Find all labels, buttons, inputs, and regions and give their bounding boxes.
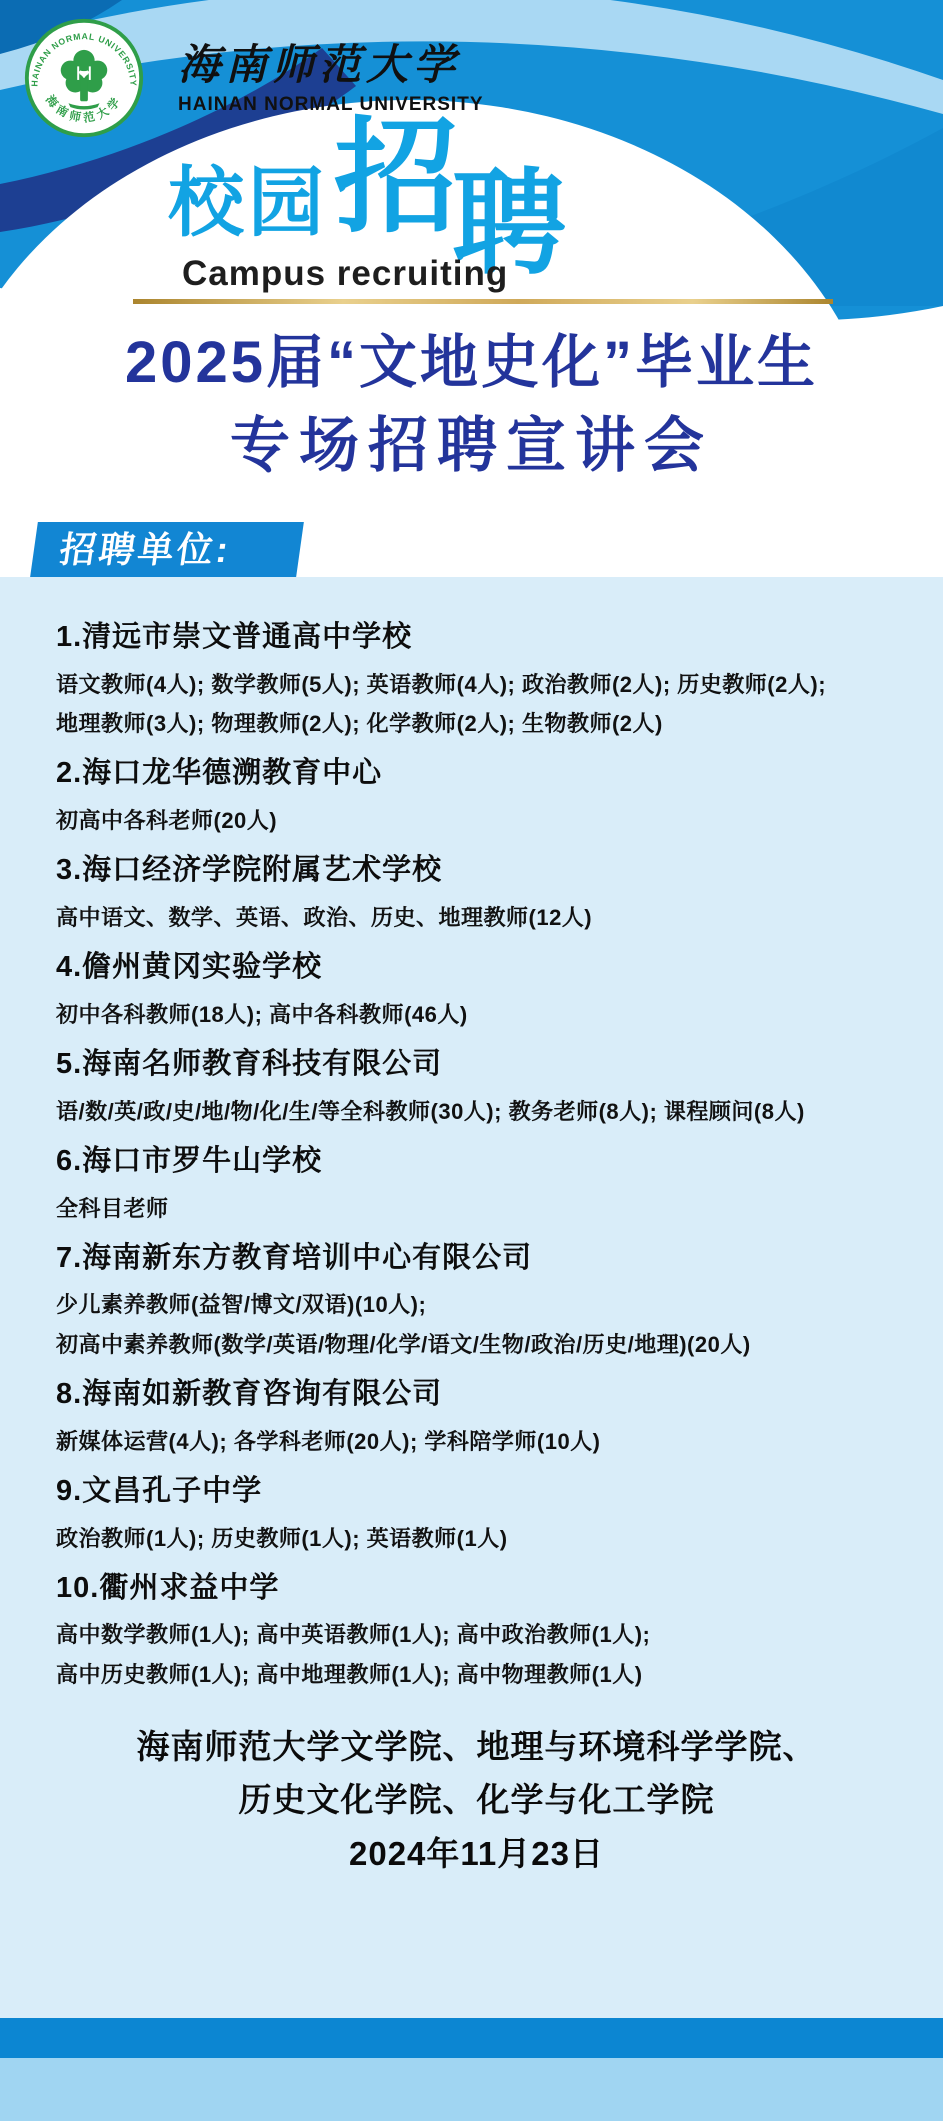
employer-name: 5.海南名师教育科技有限公司 (56, 1046, 897, 1084)
employer-name: 3.海口经济学院附属艺术学校 (56, 852, 897, 890)
footer-light-bar (0, 2058, 943, 2121)
employer-item: 8.海南如新教育咨询有限公司 新媒体运营(4人); 各学科老师(20人); 学科… (56, 1376, 897, 1457)
host-colleges-line1: 海南师范大学文学院、地理与环境科学学院、 (56, 1720, 897, 1773)
employer-name: 6.海口市罗牛山学校 (56, 1143, 897, 1181)
university-seal-icon: HAINAN NORMAL UNIVERSITY 海南师范大学 (22, 16, 146, 140)
employer-name: 7.海南新东方教育培训中心有限公司 (56, 1240, 897, 1278)
event-date: 2024年11月23日 (56, 1827, 897, 1880)
employer-positions-line: 高中数学教师(1人); 高中英语教师(1人); 高中政治教师(1人); (56, 1619, 897, 1650)
employer-item: 4.儋州黄冈实验学校 初中各科教师(18人); 高中各科教师(46人) (56, 949, 897, 1030)
employer-positions-line: 初高中素养教师(数学/英语/物理/化学/语文/生物/政治/历史/地理)(20人) (56, 1329, 897, 1360)
employer-name: 1.清远市崇文普通高中学校 (56, 619, 897, 657)
employer-list: 1.清远市崇文普通高中学校 语文教师(4人); 数学教师(5人); 英语教师(4… (56, 619, 897, 1690)
gold-divider (133, 299, 833, 304)
host-colleges-line2: 历史文化学院、化学与化工学院 (56, 1773, 897, 1826)
employer-positions-line: 少儿素养教师(益智/博文/双语)(10人); (56, 1289, 897, 1320)
logotype-zhao: 招 (334, 116, 458, 240)
employer-name: 2.海口龙华德溯教育中心 (56, 755, 897, 793)
employer-name: 4.儋州黄冈实验学校 (56, 949, 897, 987)
university-name-cn: 海南师范大学 (178, 42, 484, 88)
event-title-line1: 2025届“文地史化”毕业生 (0, 330, 943, 397)
university-name-block: 海南师范大学 HAINAN NORMAL UNIVERSITY (178, 42, 484, 116)
employer-item: 9.文昌孔子中学 政治教师(1人); 历史教师(1人); 英语教师(1人) (56, 1473, 897, 1554)
employer-positions-line: 高中历史教师(1人); 高中地理教师(1人); 高中物理教师(1人) (56, 1659, 897, 1690)
employer-item: 1.清远市崇文普通高中学校 语文教师(4人); 数学教师(5人); 英语教师(4… (56, 619, 897, 739)
event-title-line2: 专场招聘宣讲会 (0, 413, 943, 479)
employer-positions-line: 新媒体运营(4人); 各学科老师(20人); 学科陪学师(10人) (56, 1426, 897, 1457)
employer-item: 5.海南名师教育科技有限公司 语/数/英/政/史/地/物/化/生/等全科教师(3… (56, 1046, 897, 1127)
employer-panel: 1.清远市崇文普通高中学校 语文教师(4人); 数学教师(5人); 英语教师(4… (0, 577, 943, 2018)
section-ribbon: 招聘单位: (30, 522, 304, 577)
employer-positions-line: 全科目老师 (56, 1193, 897, 1224)
host-colleges-block: 海南师范大学文学院、地理与环境科学学院、 历史文化学院、化学与化工学院 2024… (56, 1720, 897, 1880)
logotype-xiaoyuan: 校园 (168, 166, 328, 242)
employer-positions-line: 高中语文、数学、英语、政治、历史、地理教师(12人) (56, 902, 897, 933)
employer-name: 10.衢州求益中学 (56, 1570, 897, 1608)
recruiting-poster: HAINAN NORMAL UNIVERSITY 海南师范大学 海南师范大学 H… (0, 0, 943, 2121)
section-label: 招聘单位: (30, 522, 304, 577)
employer-positions-line: 语文教师(4人); 数学教师(5人); 英语教师(4人); 政治教师(2人); … (56, 669, 897, 700)
employer-item: 7.海南新东方教育培训中心有限公司 少儿素养教师(益智/博文/双语)(10人);… (56, 1240, 897, 1360)
employer-positions-line: 初高中各科老师(20人) (56, 805, 897, 836)
employer-item: 3.海口经济学院附属艺术学校 高中语文、数学、英语、政治、历史、地理教师(12人… (56, 852, 897, 933)
employer-item: 10.衢州求益中学 高中数学教师(1人); 高中英语教师(1人); 高中政治教师… (56, 1570, 897, 1690)
employer-name: 8.海南如新教育咨询有限公司 (56, 1376, 897, 1414)
employer-positions-line: 政治教师(1人); 历史教师(1人); 英语教师(1人) (56, 1523, 897, 1554)
event-title: 2025届“文地史化”毕业生 专场招聘宣讲会 (0, 330, 943, 479)
employer-item: 6.海口市罗牛山学校 全科目老师 (56, 1143, 897, 1224)
footer-blue-bar (0, 2018, 943, 2058)
employer-name: 9.文昌孔子中学 (56, 1473, 897, 1511)
employer-item: 2.海口龙华德溯教育中心 初高中各科老师(20人) (56, 755, 897, 836)
campus-recruiting-subtitle: Campus recruiting (182, 254, 508, 294)
employer-positions-line: 地理教师(3人); 物理教师(2人); 化学教师(2人); 生物教师(2人) (56, 708, 897, 739)
employer-positions-line: 初中各科教师(18人); 高中各科教师(46人) (56, 999, 897, 1030)
employer-positions-line: 语/数/英/政/史/地/物/化/生/等全科教师(30人); 教务老师(8人); … (56, 1096, 897, 1127)
